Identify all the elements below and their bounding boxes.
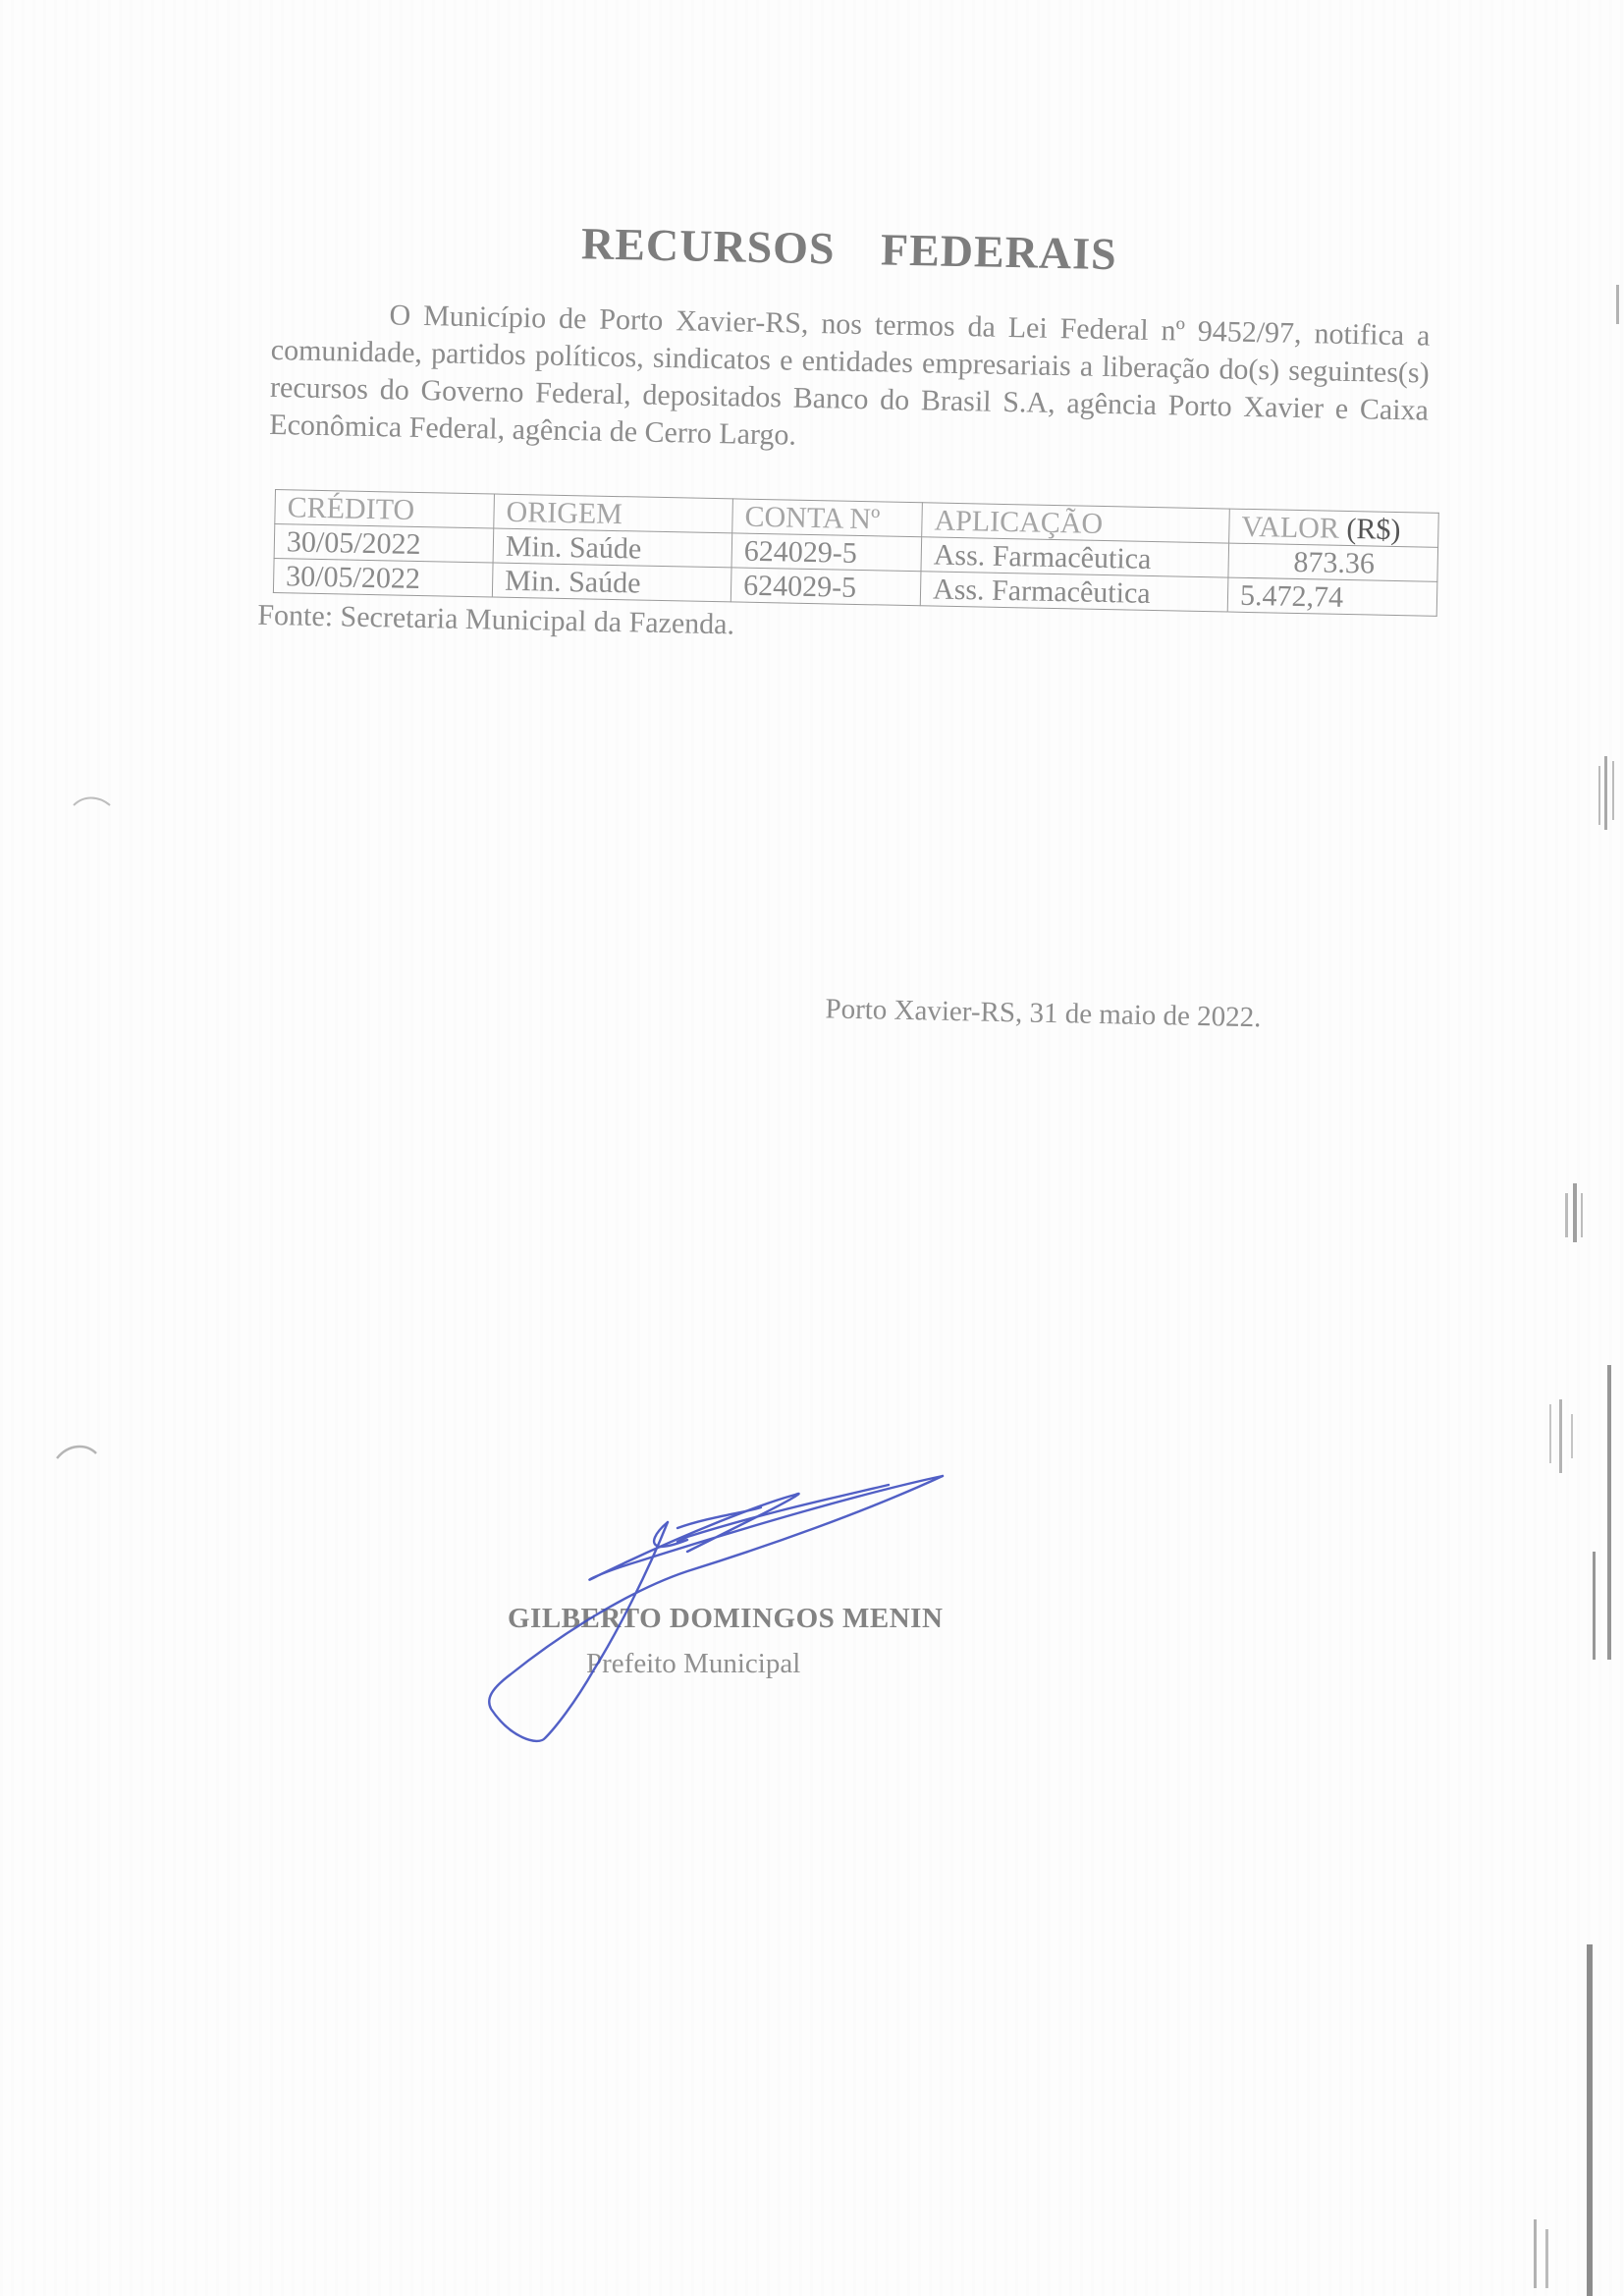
cell-aplicacao: Ass. Farmacêutica	[921, 537, 1229, 577]
notice-paragraph: O Município de Porto Xavier-RS, nos term…	[269, 295, 1431, 467]
cell-origem: Min. Saúde	[493, 528, 732, 568]
credits-table-container: CRÉDITO ORIGEM CONTA Nº APLICAÇÃO VALOR …	[273, 489, 1439, 617]
title-word-federais: FEDERAIS	[881, 223, 1118, 280]
header-conta: CONTA Nº	[732, 499, 923, 537]
notice-text: O Município de Porto Xavier-RS, nos term…	[269, 295, 1431, 467]
title-word-recursos: RECURSOS	[581, 217, 837, 274]
header-credito: CRÉDITO	[275, 490, 495, 528]
cell-conta: 624029-5	[731, 533, 922, 572]
cell-origem: Min. Saúde	[492, 563, 731, 602]
cell-valor: 873.36	[1228, 543, 1438, 581]
credits-table: CRÉDITO ORIGEM CONTA Nº APLICAÇÃO VALOR …	[273, 489, 1439, 617]
cell-conta: 624029-5	[731, 568, 921, 606]
cell-credito: 30/05/2022	[274, 524, 494, 563]
header-valor: VALOR (R$)	[1229, 509, 1439, 547]
cell-credito: 30/05/2022	[273, 559, 493, 597]
cell-valor: 5.472,74	[1227, 577, 1437, 616]
header-valor-currency: (R$)	[1346, 513, 1401, 546]
document-content: RECURSOS FEDERAIS O Município de Porto X…	[5, 0, 1624, 27]
signatory-name: GILBERTO DOMINGOS MENIN	[508, 1603, 943, 1635]
place-and-date: Porto Xavier-RS, 31 de maio de 2022.	[825, 993, 1262, 1034]
source-note: Fonte: Secretaria Municipal da Fazenda.	[257, 599, 734, 642]
header-aplicacao: APLICAÇÃO	[922, 503, 1230, 543]
header-origem: ORIGEM	[494, 494, 733, 533]
scanned-page: RECURSOS FEDERAIS O Município de Porto X…	[0, 0, 1624, 2296]
cell-aplicacao: Ass. Farmacêutica	[920, 572, 1228, 612]
signatory-role: Prefeito Municipal	[586, 1648, 800, 1680]
header-valor-label: VALOR	[1241, 511, 1339, 545]
document-title: RECURSOS FEDERAIS	[581, 217, 1118, 280]
